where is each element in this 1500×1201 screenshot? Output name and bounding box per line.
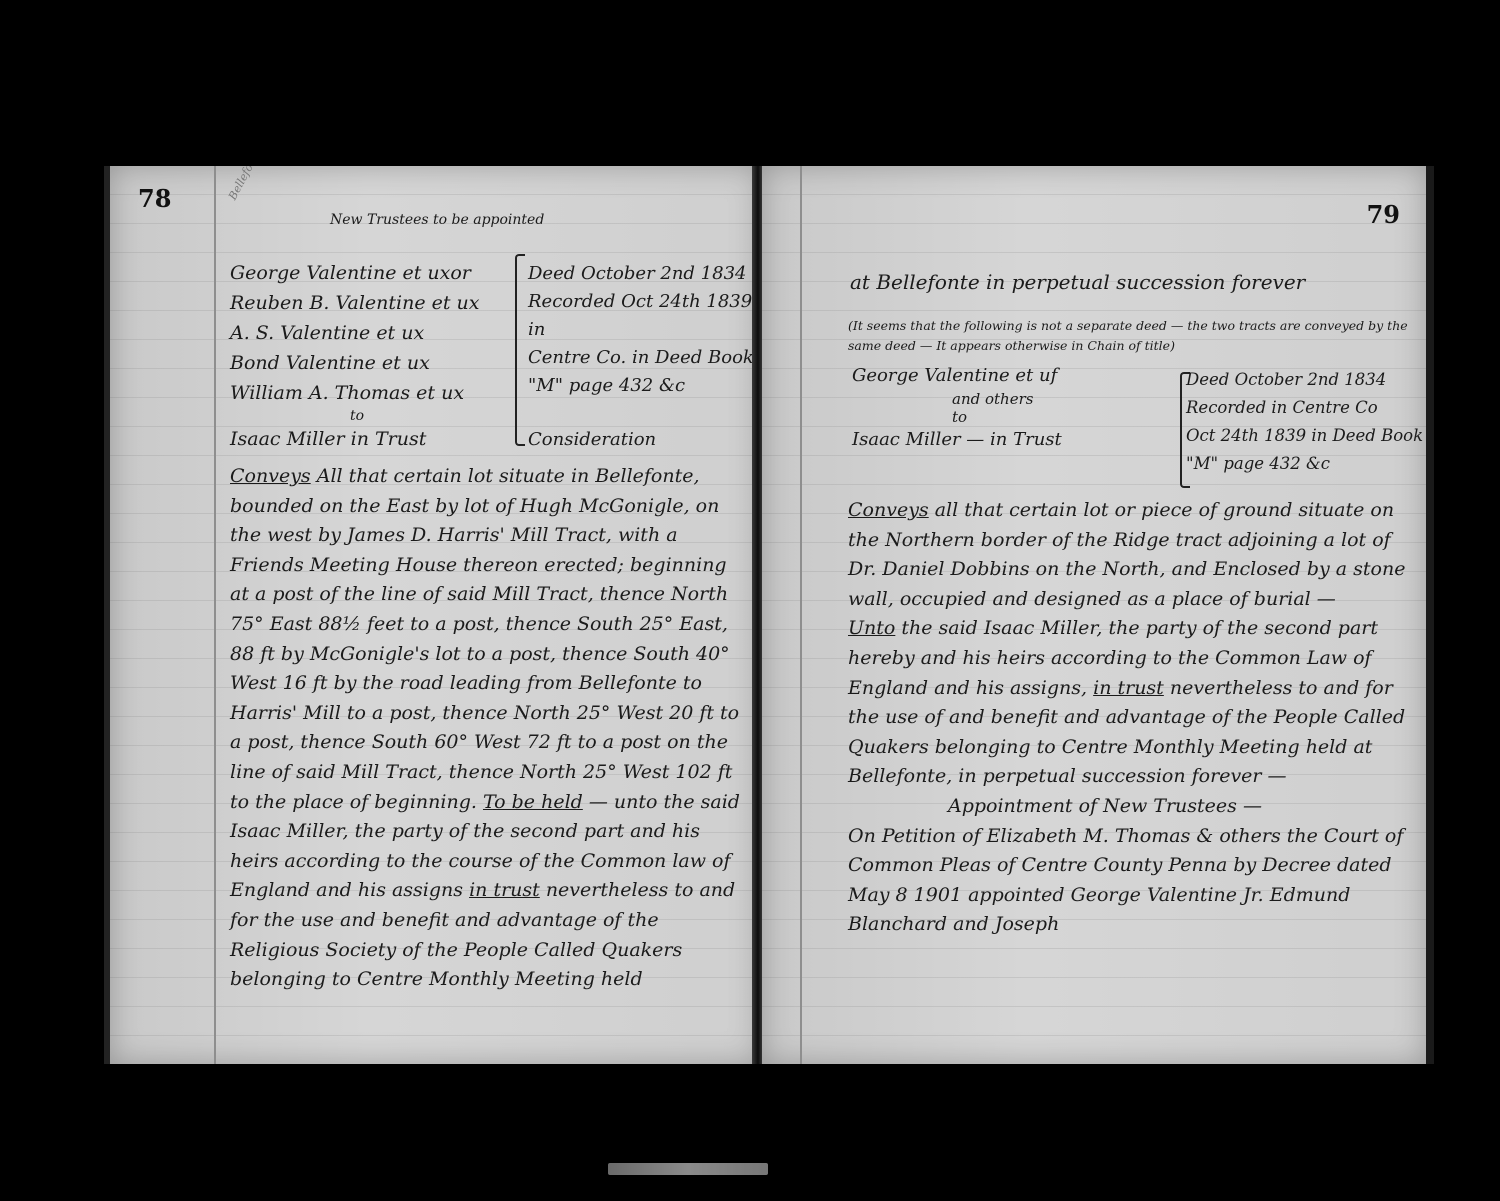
left-page: 78 Bellefonte New Trustees to be appoint… xyxy=(104,166,760,1064)
right-page: 79 at Bellefonte in perpetual succession… xyxy=(762,166,1434,1064)
bracket xyxy=(515,254,525,446)
parties-block: George Valentine et uf and others to Isa… xyxy=(852,362,1062,454)
continuation-line: at Bellefonte in perpetual succession fo… xyxy=(850,270,1305,294)
margin-pencil-note: Bellefonte xyxy=(226,166,264,202)
grantee: Isaac Miller in Trust xyxy=(230,424,479,454)
unto-label: Unto xyxy=(848,617,895,639)
deed-line: Recorded Oct 24th 1839 in xyxy=(528,288,760,344)
clerk-note: (It seems that the following is not a se… xyxy=(848,316,1408,356)
ledger-book: 78 Bellefonte New Trustees to be appoint… xyxy=(96,166,1434,1064)
heading-note: New Trustees to be appointed xyxy=(330,212,544,228)
conveys-label: Conveys xyxy=(848,499,929,521)
deed-body: Conveys All that certain lot situate in … xyxy=(230,462,750,995)
deed-line: Recorded in Centre Co xyxy=(1186,394,1423,422)
deed-info: Deed October 2nd 1834 Recorded in Centre… xyxy=(1186,366,1423,478)
deed-line: Deed October 2nd 1834 xyxy=(1186,366,1423,394)
deed-info: Deed October 2nd 1834 Recorded Oct 24th … xyxy=(528,260,760,454)
conveys-label: Conveys xyxy=(230,465,311,487)
in-trust-label: in trust xyxy=(1093,677,1164,699)
grantor: George Valentine et uxor xyxy=(230,258,479,288)
grantor: A. S. Valentine et ux xyxy=(230,318,479,348)
deed-line: Oct 24th 1839 in Deed Book xyxy=(1186,422,1423,450)
to-be-held-label: To be held xyxy=(483,791,583,813)
appointment-heading: Appointment of New Trustees — xyxy=(848,792,1408,822)
grantee: Isaac Miller — in Trust xyxy=(852,426,1062,454)
grantor: William A. Thomas et ux xyxy=(230,378,479,408)
margin-rule xyxy=(214,166,216,1064)
to-label: to xyxy=(852,408,1062,426)
appointment-body: On Petition of Elizabeth M. Thomas & oth… xyxy=(848,825,1403,936)
body-text: all that certain lot or piece of ground … xyxy=(848,499,1405,610)
to-label: to xyxy=(230,408,479,424)
page-number: 78 xyxy=(138,184,171,213)
parties-block: George Valentine et uxor Reuben B. Valen… xyxy=(230,258,479,454)
consideration-label: Consideration xyxy=(528,426,760,454)
film-strip-artifact xyxy=(608,1163,768,1175)
deed-line: Deed October 2nd 1834 xyxy=(528,260,760,288)
page-number: 79 xyxy=(1367,200,1400,229)
grantor: Bond Valentine et ux xyxy=(230,348,479,378)
in-trust-label: in trust xyxy=(469,879,540,901)
deed-line: Centre Co. in Deed Book xyxy=(528,344,760,372)
deed-body: Conveys all that certain lot or piece of… xyxy=(848,496,1408,940)
deed-line: "M" page 432 &c xyxy=(528,372,760,400)
grantor: George Valentine et uf xyxy=(852,362,1062,390)
grantor: Reuben B. Valentine et ux xyxy=(230,288,479,318)
body-text: All that certain lot situate in Bellefon… xyxy=(230,465,739,813)
and-others: and others xyxy=(852,390,1062,408)
deed-line: "M" page 432 &c xyxy=(1186,450,1423,478)
margin-rule xyxy=(800,166,802,1064)
